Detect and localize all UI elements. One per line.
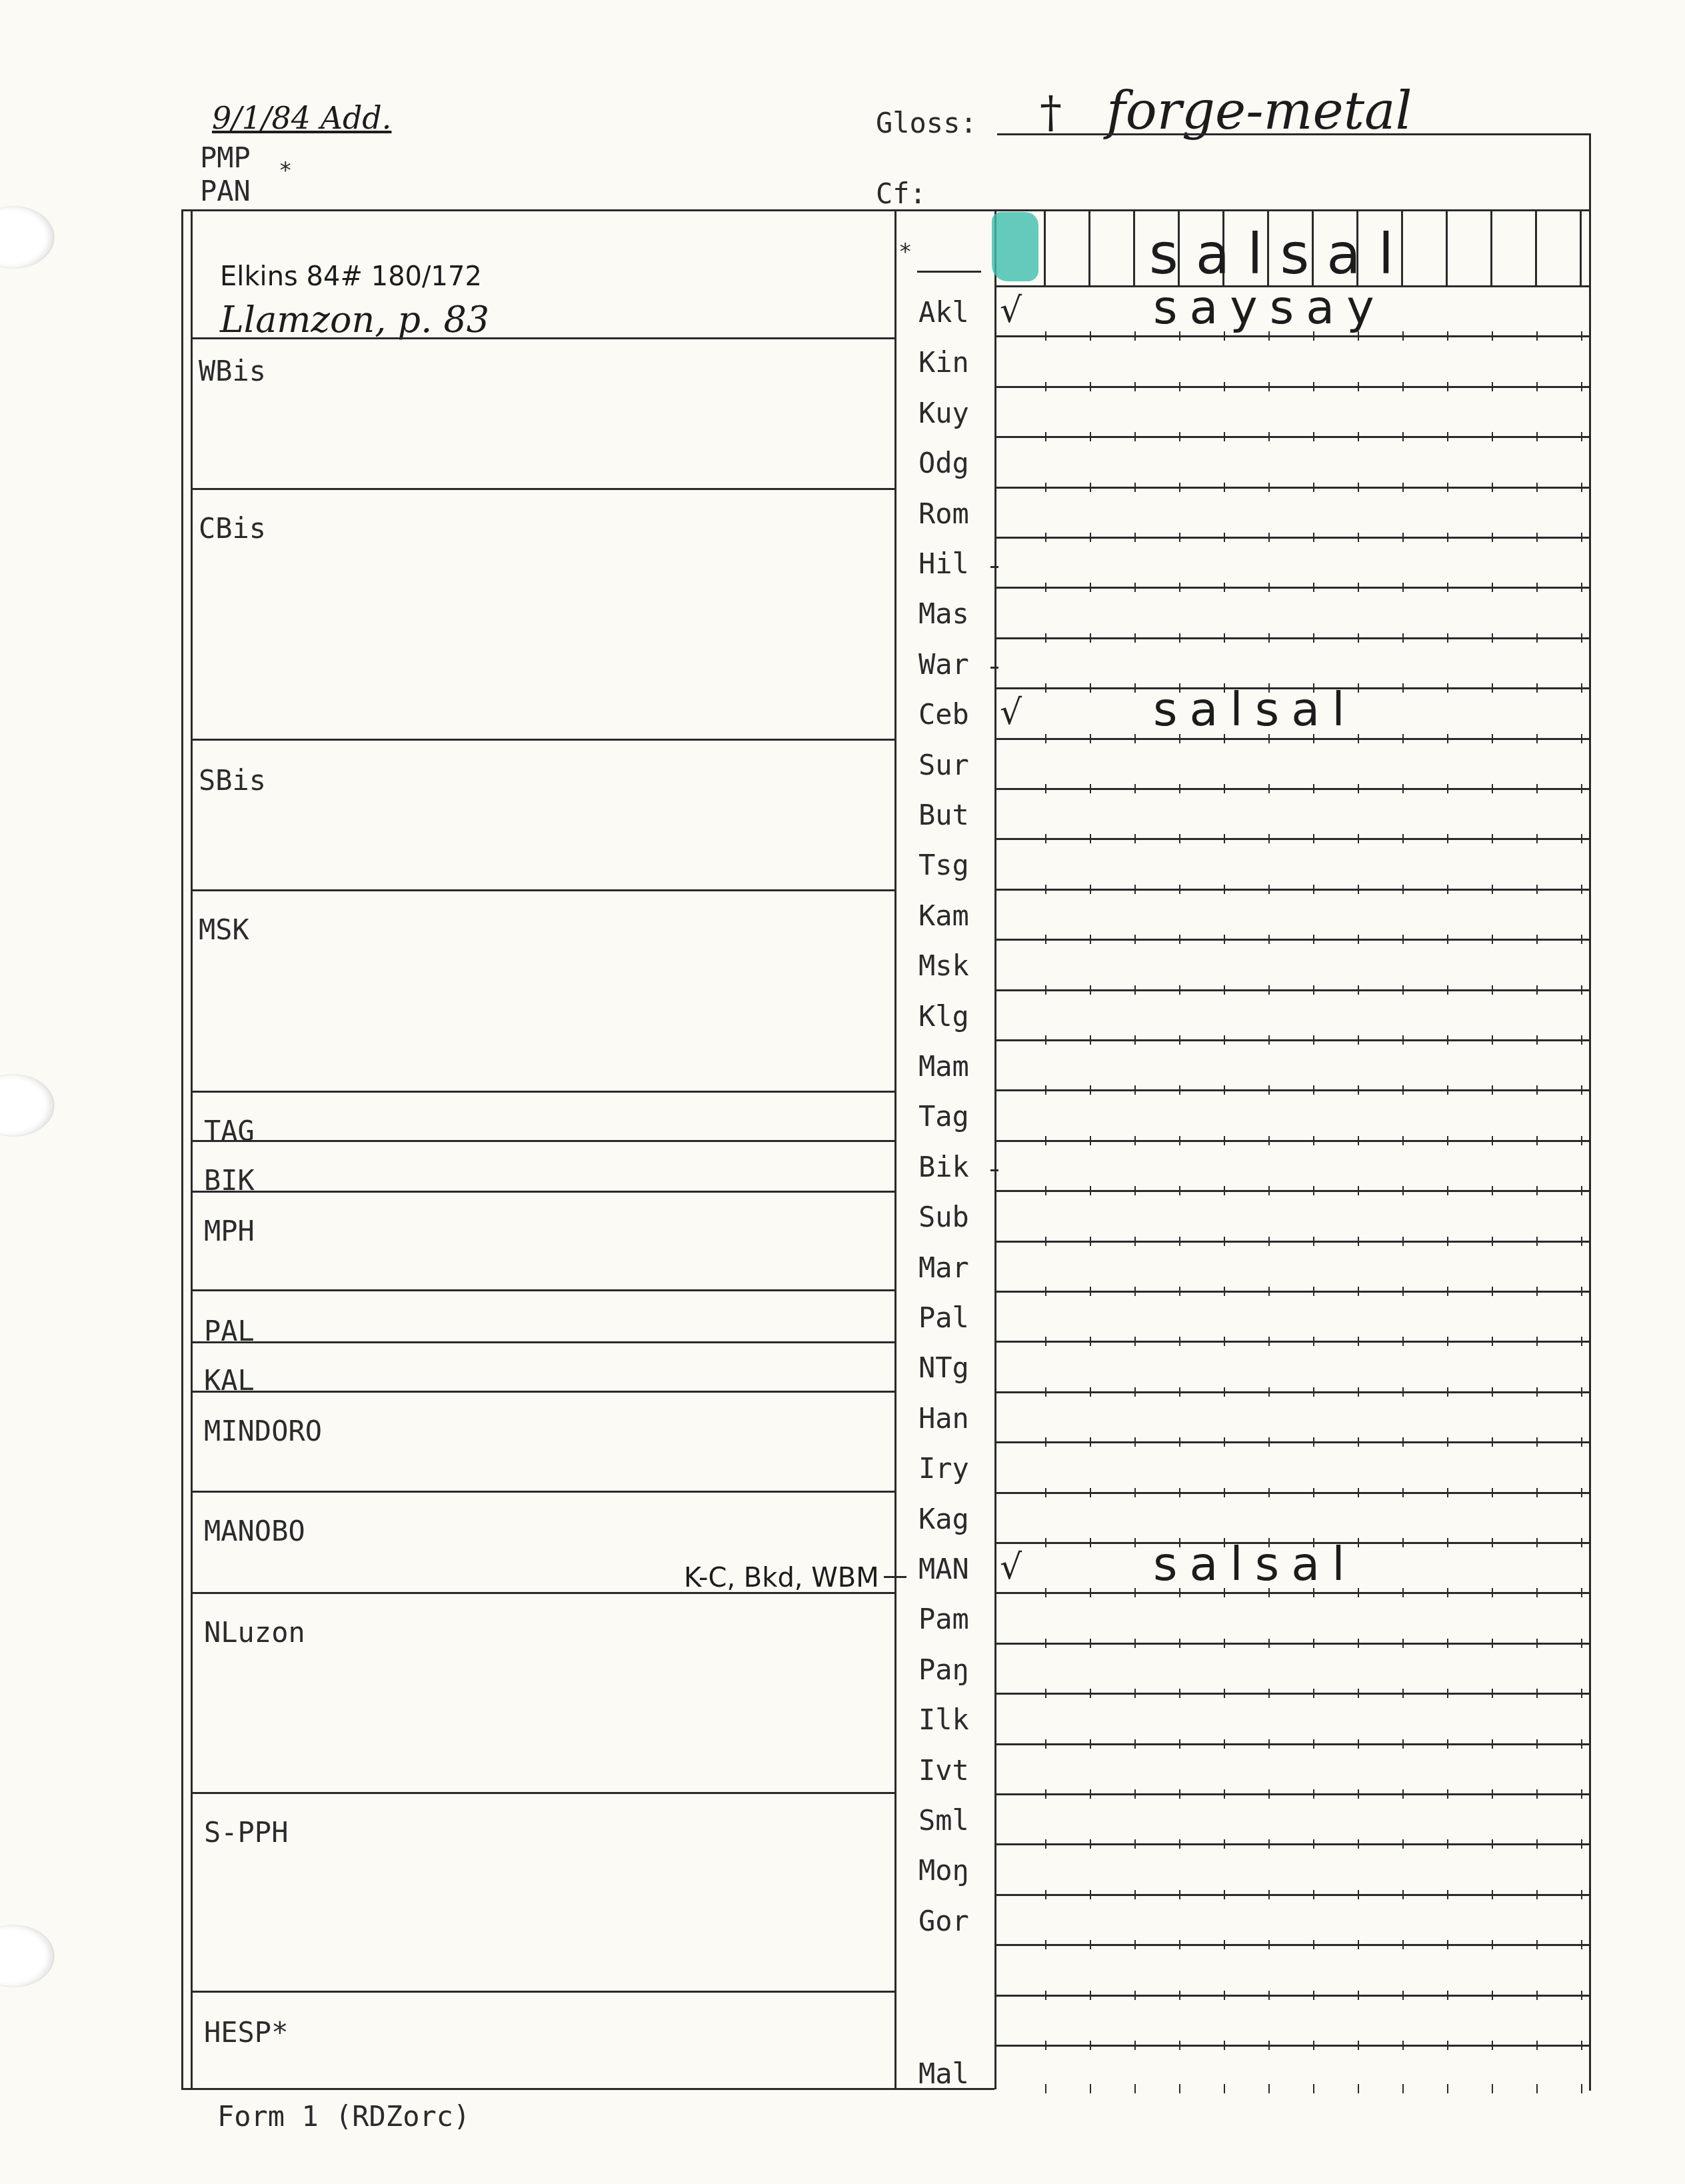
tick-mark <box>1402 1689 1404 1698</box>
tick-mark <box>1447 683 1448 693</box>
tick-mark <box>1447 784 1448 793</box>
tick-mark <box>1536 432 1538 441</box>
tick-mark <box>1045 633 1046 643</box>
tick-mark <box>1313 1839 1314 1849</box>
language-code: But <box>918 801 969 829</box>
language-code: Pam <box>918 1605 969 1633</box>
tick-mark <box>1224 633 1225 643</box>
tick-mark <box>1447 533 1448 542</box>
tick-mark <box>1358 2084 1359 2093</box>
tick-mark <box>1536 1488 1538 1497</box>
tick-mark <box>1492 1839 1493 1849</box>
left-panel-right <box>894 209 896 2089</box>
dash-mark <box>990 667 998 669</box>
reference-llamzon: Llamzon, p. 83 <box>220 299 489 341</box>
tick-mark <box>1313 1186 1314 1195</box>
tick-mark <box>1313 2041 1314 2050</box>
tick-mark <box>1134 834 1136 843</box>
tick-mark <box>1492 1538 1493 1547</box>
language-code: Ceb <box>918 701 969 729</box>
tick-mark <box>1268 1437 1270 1447</box>
tick-mark <box>1313 1287 1314 1296</box>
tick-mark <box>1134 1940 1136 1949</box>
tick-mark <box>1581 935 1582 944</box>
left-divider <box>191 1341 896 1343</box>
row-line <box>996 1140 1590 1142</box>
tick-mark <box>1492 935 1493 944</box>
tick-mark <box>1179 1387 1180 1397</box>
language-code: Mas <box>918 600 969 628</box>
language-code: Sur <box>918 751 969 779</box>
tick-mark <box>1134 683 1136 693</box>
dash-mark <box>990 566 998 568</box>
tick-mark <box>1492 1588 1493 1597</box>
tick-mark <box>1090 734 1091 743</box>
row-line <box>996 838 1590 840</box>
left-divider <box>191 1491 896 1493</box>
proto-cell-divider <box>1044 211 1046 285</box>
tick-mark <box>1402 935 1404 944</box>
tick-mark <box>1179 1337 1180 1346</box>
tick-mark <box>1358 1237 1359 1246</box>
proto-cell-divider <box>1088 211 1090 285</box>
tick-mark <box>1313 1237 1314 1246</box>
tick-mark <box>1090 784 1091 793</box>
language-code: Iry <box>918 1455 969 1483</box>
tick-mark <box>1224 382 1225 391</box>
tick-mark <box>1313 1488 1314 1497</box>
language-code: MAN <box>918 1555 969 1583</box>
tick-mark <box>1045 935 1046 944</box>
tick-mark <box>1224 985 1225 995</box>
tick-mark <box>1447 1839 1448 1849</box>
tick-mark <box>1447 1337 1448 1346</box>
column-divider <box>994 209 996 2089</box>
tick-mark <box>1224 1940 1225 1949</box>
tick-mark <box>1224 935 1225 944</box>
tick-mark <box>1402 1538 1404 1547</box>
tick-mark <box>1536 1085 1538 1095</box>
tick-mark <box>1492 1689 1493 1698</box>
tick-mark <box>1358 1136 1359 1145</box>
tick-mark <box>1045 1839 1046 1849</box>
tick-mark <box>1268 1739 1270 1749</box>
tick-mark <box>1045 1991 1046 2000</box>
group-label-cbis: CBis <box>199 515 266 543</box>
check-icon: √ <box>1000 291 1022 331</box>
tick-mark <box>1224 1136 1225 1145</box>
row-line <box>996 1190 1590 1192</box>
language-code: NTg <box>918 1354 969 1382</box>
dash-mark <box>990 1169 998 1171</box>
row-line <box>996 1743 1590 1745</box>
tick-mark <box>1045 1789 1046 1799</box>
tick-mark <box>1492 1940 1493 1949</box>
tick-mark <box>1358 885 1359 894</box>
tick-mark <box>1492 1739 1493 1749</box>
tick-mark <box>1492 382 1493 391</box>
tick-mark <box>1045 1387 1046 1397</box>
tick-mark <box>1402 331 1404 341</box>
tick-mark <box>1224 1639 1225 1648</box>
tick-mark <box>1536 1890 1538 1899</box>
tick-mark <box>1492 1789 1493 1799</box>
tick-mark <box>1045 834 1046 843</box>
tick-mark <box>1268 2041 1270 2050</box>
tick-mark <box>1045 382 1046 391</box>
tick-mark <box>1492 1890 1493 1899</box>
tick-mark <box>1581 483 1582 492</box>
tick-mark <box>1447 2041 1448 2050</box>
tick-mark <box>1581 432 1582 441</box>
tick-mark <box>1581 1287 1582 1296</box>
language-code: Kag <box>918 1505 969 1533</box>
punch-hole-top <box>0 207 53 268</box>
reflex-form: salsal <box>1153 1537 1357 1591</box>
tick-mark <box>1358 583 1359 592</box>
row-line <box>996 1341 1590 1343</box>
tick-mark <box>1313 784 1314 793</box>
right-border <box>1589 133 1591 2091</box>
tick-mark <box>1447 633 1448 643</box>
language-code: Paŋ <box>918 1656 969 1684</box>
tick-mark <box>1045 1136 1046 1145</box>
row-line <box>996 487 1590 489</box>
tick-mark <box>1581 1991 1582 2000</box>
tick-mark <box>1581 1839 1582 1849</box>
language-code: Mam <box>918 1053 969 1081</box>
tick-mark <box>1313 1085 1314 1095</box>
tick-mark <box>1536 583 1538 592</box>
tick-mark <box>1134 382 1136 391</box>
tick-mark <box>1581 382 1582 391</box>
tick-mark <box>1536 1689 1538 1698</box>
proto-underline <box>917 271 981 273</box>
tick-mark <box>1313 1437 1314 1447</box>
tick-mark <box>1268 1085 1270 1095</box>
tick-mark <box>1090 1136 1091 1145</box>
tick-mark <box>1358 1387 1359 1397</box>
language-code: Kuy <box>918 399 969 427</box>
language-code: War <box>918 651 969 679</box>
tick-mark <box>1581 734 1582 743</box>
tick-mark <box>1536 533 1538 542</box>
tick-mark <box>1045 2041 1046 2050</box>
tick-mark <box>1268 1337 1270 1346</box>
tick-mark <box>1402 1839 1404 1849</box>
group-label-manobo: MANOBO <box>204 1517 305 1545</box>
tick-mark <box>1581 2084 1582 2093</box>
tick-mark <box>1492 1085 1493 1095</box>
tick-mark <box>1179 1287 1180 1296</box>
tick-mark <box>1179 483 1180 492</box>
tick-mark <box>1090 633 1091 643</box>
gloss-label: Gloss: <box>876 107 977 139</box>
tick-mark <box>1090 1739 1091 1749</box>
tick-mark <box>1358 683 1359 693</box>
tick-mark <box>1090 885 1091 894</box>
tick-mark <box>1045 2084 1046 2093</box>
tick-mark <box>1402 985 1404 995</box>
tick-mark <box>1134 1387 1136 1397</box>
tick-mark <box>1402 533 1404 542</box>
tick-mark <box>1581 1488 1582 1497</box>
gloss-marker: † <box>1040 87 1062 138</box>
group-label-kal: KAL <box>204 1367 255 1395</box>
tick-mark <box>1179 432 1180 441</box>
tick-mark <box>1179 1437 1180 1447</box>
tick-mark <box>1492 2084 1493 2093</box>
left-divider <box>191 739 896 741</box>
tick-mark <box>1581 1437 1582 1447</box>
language-code: Kin <box>918 349 969 377</box>
tick-mark <box>1447 1890 1448 1899</box>
tick-mark <box>1179 1639 1180 1648</box>
tick-mark <box>1268 2084 1270 2093</box>
tick-mark <box>1492 1287 1493 1296</box>
group-label-tag: TAG <box>204 1117 255 1145</box>
tick-mark <box>1581 1186 1582 1195</box>
tick-mark <box>1581 1739 1582 1749</box>
cf-label: Cf: <box>876 177 926 210</box>
tick-mark <box>1224 1085 1225 1095</box>
tick-mark <box>1313 2084 1314 2093</box>
tick-mark <box>1358 1991 1359 2000</box>
tick-mark <box>1134 784 1136 793</box>
proto-cell-divider <box>1133 211 1135 285</box>
tick-mark <box>1268 1689 1270 1698</box>
tick-mark <box>1179 1085 1180 1095</box>
tick-mark <box>1224 1437 1225 1447</box>
tick-mark <box>1581 2041 1582 2050</box>
tick-mark <box>1581 1689 1582 1698</box>
proto-cell-divider <box>1446 211 1448 285</box>
tick-mark <box>1536 1991 1538 2000</box>
tick-mark <box>1224 483 1225 492</box>
tick-mark <box>1134 533 1136 542</box>
tick-mark <box>1402 784 1404 793</box>
tick-mark <box>1536 1287 1538 1296</box>
row-line <box>996 1995 1590 1997</box>
pmp-asterisk: * <box>279 157 292 184</box>
tick-mark <box>1179 1488 1180 1497</box>
tick-mark <box>1179 1789 1180 1799</box>
tick-mark <box>1090 1237 1091 1246</box>
tick-mark <box>1090 1890 1091 1899</box>
language-code: Gor <box>918 1907 969 1935</box>
row-line <box>996 1241 1590 1243</box>
tick-mark <box>1358 1085 1359 1095</box>
tick-mark <box>1358 1689 1359 1698</box>
tick-mark <box>1358 483 1359 492</box>
proto-cell-divider <box>1580 211 1582 285</box>
left-divider <box>191 889 896 891</box>
row-line <box>996 788 1590 790</box>
tick-mark <box>1402 1136 1404 1145</box>
tick-mark <box>1402 683 1404 693</box>
tick-mark <box>1447 734 1448 743</box>
tick-mark <box>1447 1237 1448 1246</box>
tick-mark <box>1402 1739 1404 1749</box>
row-line <box>996 1492 1590 1494</box>
row-line <box>996 1039 1590 1041</box>
tick-mark <box>1313 935 1314 944</box>
tick-mark <box>1581 1085 1582 1095</box>
tick-mark <box>1536 1739 1538 1749</box>
tick-mark <box>1581 331 1582 341</box>
tick-mark <box>1313 1940 1314 1949</box>
group-label-msk: MSK <box>199 916 249 944</box>
tick-mark <box>1224 1890 1225 1899</box>
tick-mark <box>1402 1991 1404 2000</box>
tick-mark <box>1313 1035 1314 1045</box>
tick-mark <box>1536 734 1538 743</box>
gloss-value: forge-metal <box>1106 81 1412 141</box>
tick-mark <box>1224 1186 1225 1195</box>
left-divider <box>191 488 896 490</box>
tick-mark <box>1224 1839 1225 1849</box>
tick-mark <box>1179 583 1180 592</box>
tick-mark <box>1268 1639 1270 1648</box>
row-line <box>996 2045 1590 2047</box>
tick-mark <box>1313 1890 1314 1899</box>
tick-mark <box>1134 1739 1136 1749</box>
tick-mark <box>1313 1387 1314 1397</box>
tick-mark <box>1581 583 1582 592</box>
tick-mark <box>1447 1588 1448 1597</box>
tick-mark <box>1536 1186 1538 1195</box>
tick-mark <box>1581 1890 1582 1899</box>
tick-mark <box>1492 683 1493 693</box>
tick-mark <box>1358 1287 1359 1296</box>
tick-mark <box>1090 331 1091 341</box>
tick-mark <box>1179 633 1180 643</box>
tick-mark <box>1045 784 1046 793</box>
tick-mark <box>1402 1789 1404 1799</box>
tick-mark <box>1134 2084 1136 2093</box>
tick-mark <box>1179 1186 1180 1195</box>
tick-mark <box>1536 1789 1538 1799</box>
tick-mark <box>1090 935 1091 944</box>
tick-mark <box>1134 1588 1136 1597</box>
tick-mark <box>1090 382 1091 391</box>
tick-mark <box>1268 1136 1270 1145</box>
tick-mark <box>1447 1035 1448 1045</box>
tick-mark <box>1492 1437 1493 1447</box>
tick-mark <box>1402 1437 1404 1447</box>
tick-mark <box>1224 1789 1225 1799</box>
tick-mark <box>1536 935 1538 944</box>
tick-mark <box>1179 533 1180 542</box>
tick-mark <box>1179 2084 1180 2093</box>
tick-mark <box>1492 1186 1493 1195</box>
row-line <box>996 1291 1590 1293</box>
tick-mark <box>1447 834 1448 843</box>
tick-mark <box>1492 1991 1493 2000</box>
tick-mark <box>1447 1689 1448 1698</box>
tick-mark <box>1313 1639 1314 1648</box>
row-line <box>996 1592 1590 1594</box>
tick-mark <box>1045 1538 1046 1547</box>
tick-mark <box>1045 734 1046 743</box>
tick-mark <box>1134 1035 1136 1045</box>
tick-mark <box>1134 583 1136 592</box>
tick-mark <box>1179 1689 1180 1698</box>
tick-mark <box>1045 1085 1046 1095</box>
tick-mark <box>1134 1991 1136 2000</box>
reflex-form: saysay <box>1153 280 1386 335</box>
tick-mark <box>1090 1538 1091 1547</box>
tick-mark <box>1492 533 1493 542</box>
tick-mark <box>1090 1337 1091 1346</box>
tick-mark <box>1447 382 1448 391</box>
tick-mark <box>1581 885 1582 894</box>
proto-form: salsal <box>1149 221 1411 287</box>
row-line <box>996 335 1590 337</box>
language-code: Sml <box>918 1807 969 1835</box>
tick-mark <box>1358 1588 1359 1597</box>
tick-mark <box>1090 1588 1091 1597</box>
row-line <box>996 1793 1590 1795</box>
tick-mark <box>1179 1035 1180 1045</box>
tick-mark <box>1224 1739 1225 1749</box>
tick-mark <box>1268 1387 1270 1397</box>
tick-mark <box>1581 1940 1582 1949</box>
tick-mark <box>1447 483 1448 492</box>
tick-mark <box>1134 483 1136 492</box>
tick-mark <box>1268 834 1270 843</box>
tick-mark <box>1134 1538 1136 1547</box>
tick-mark <box>1536 834 1538 843</box>
language-code-mal: Mal <box>918 2060 969 2088</box>
tick-mark <box>1402 633 1404 643</box>
tick-mark <box>1090 533 1091 542</box>
row-line <box>996 1643 1590 1645</box>
tick-mark <box>1581 533 1582 542</box>
tick-mark <box>1224 1488 1225 1497</box>
tick-mark <box>1536 1839 1538 1849</box>
tick-mark <box>1402 885 1404 894</box>
tick-mark <box>1045 583 1046 592</box>
tick-mark <box>1447 985 1448 995</box>
tick-mark <box>1134 1890 1136 1899</box>
tick-mark <box>1313 834 1314 843</box>
tick-mark <box>1447 1488 1448 1497</box>
tick-mark <box>1090 1940 1091 1949</box>
tick-mark <box>1045 1237 1046 1246</box>
tick-mark <box>1581 784 1582 793</box>
row-line <box>996 587 1590 589</box>
tick-mark <box>1358 633 1359 643</box>
tick-mark <box>1492 1488 1493 1497</box>
tick-mark <box>1224 834 1225 843</box>
punch-hole-bottom <box>0 1925 53 1987</box>
tick-mark <box>1536 2084 1538 2093</box>
language-code: Pal <box>918 1304 969 1332</box>
tick-mark <box>1045 1639 1046 1648</box>
group-label-s-pph: S-PPH <box>204 1819 288 1847</box>
check-icon: √ <box>1000 693 1022 733</box>
tick-mark <box>1402 583 1404 592</box>
language-code: Hil <box>918 550 969 578</box>
tick-mark <box>1090 1689 1091 1698</box>
tick-mark <box>1402 734 1404 743</box>
tick-mark <box>1179 1940 1180 1949</box>
tick-mark <box>1447 935 1448 944</box>
tick-mark <box>1447 1739 1448 1749</box>
tick-mark <box>1045 432 1046 441</box>
tick-mark <box>1224 784 1225 793</box>
